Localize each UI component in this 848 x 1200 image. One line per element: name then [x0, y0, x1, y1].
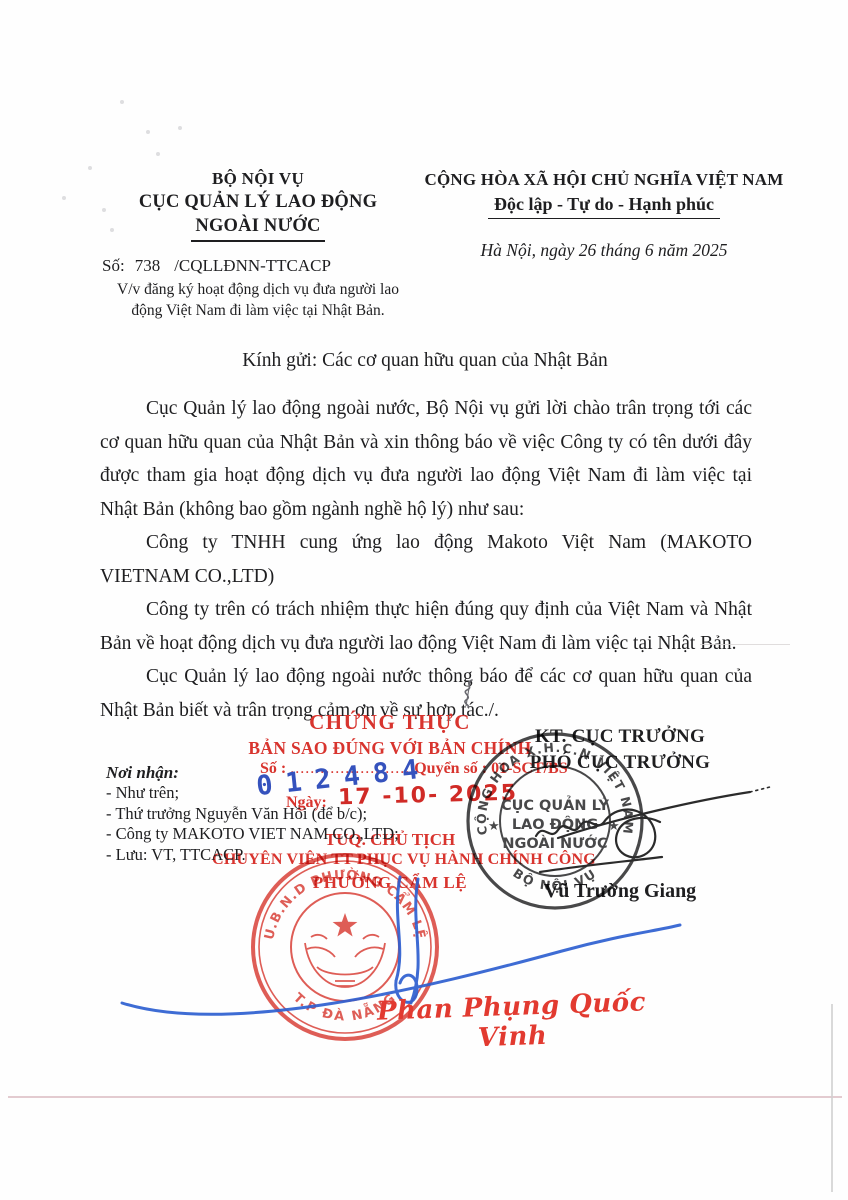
national-title: CỘNG HÒA XÃ HỘI CHỦ NGHĨA VIỆT NAM: [418, 170, 790, 190]
recipient-item: - Công ty MAKOTO VIET NAM CO.,LTD;: [106, 824, 406, 845]
ministry-name: BỘ NỘI VỤ: [88, 168, 428, 190]
national-header-block: CỘNG HÒA XÃ HỘI CHỦ NGHĨA VIỆT NAM Độc l…: [418, 170, 790, 261]
scan-speck: [146, 130, 150, 134]
issuing-agency-block: BỘ NỘI VỤ CỤC QUẢN LÝ LAO ĐỘNG NGOÀI NƯỚ…: [88, 168, 428, 321]
department-name-line2: NGOÀI NƯỚC: [191, 214, 324, 242]
document-subject: V/v đăng ký hoạt động dịch vụ đưa người …: [103, 280, 413, 321]
salutation: Kính gửi: Các cơ quan hữu quan của Nhật …: [100, 350, 750, 372]
scan-edge-vertical: [831, 1004, 833, 1192]
scan-artifact-line: [700, 644, 790, 645]
paraph-squiggle-icon: [458, 678, 482, 710]
scan-edge-horizontal: [8, 1096, 842, 1098]
national-motto: Độc lập - Tự do - Hạnh phúc: [488, 194, 720, 219]
paragraph-3: Công ty trên có trách nhiệm thực hiện đú…: [100, 593, 752, 660]
doc-number: 738: [135, 256, 161, 275]
scan-speck: [178, 126, 182, 130]
doc-number-suffix: /CQLLĐNN-TTCACP: [174, 256, 331, 275]
scan-speck: [120, 100, 124, 104]
place-and-date: Hà Nội, ngày 26 tháng 6 năm 2025: [418, 240, 790, 261]
document-page: BỘ NỘI VỤ CỤC QUẢN LÝ LAO ĐỘNG NGOÀI NƯỚ…: [0, 0, 848, 1200]
paragraph-1: Cục Quản lý lao động ngoài nước, Bộ Nội …: [100, 392, 752, 526]
scan-speck: [156, 152, 160, 156]
document-number-line: Số:738/CQLLĐNN-TTCACP: [88, 255, 428, 277]
recipient-item: - Như trên;: [106, 783, 406, 804]
paragraph-2: Công ty TNHH cung ứng lao động Makoto Vi…: [100, 526, 752, 593]
scan-speck: [62, 196, 66, 200]
recipient-item: - Thứ trưởng Nguyễn Văn Hồi (để b/c);: [106, 804, 406, 825]
doc-number-label: Số:: [102, 256, 125, 275]
recipients-label: Nơi nhận:: [106, 763, 406, 783]
letter-body: Cục Quản lý lao động ngoài nước, Bộ Nội …: [100, 392, 752, 727]
certifier-name: Phan Phụng Quốc Vinh: [371, 987, 653, 1057]
department-name-line1: CỤC QUẢN LÝ LAO ĐỘNG: [88, 190, 428, 214]
